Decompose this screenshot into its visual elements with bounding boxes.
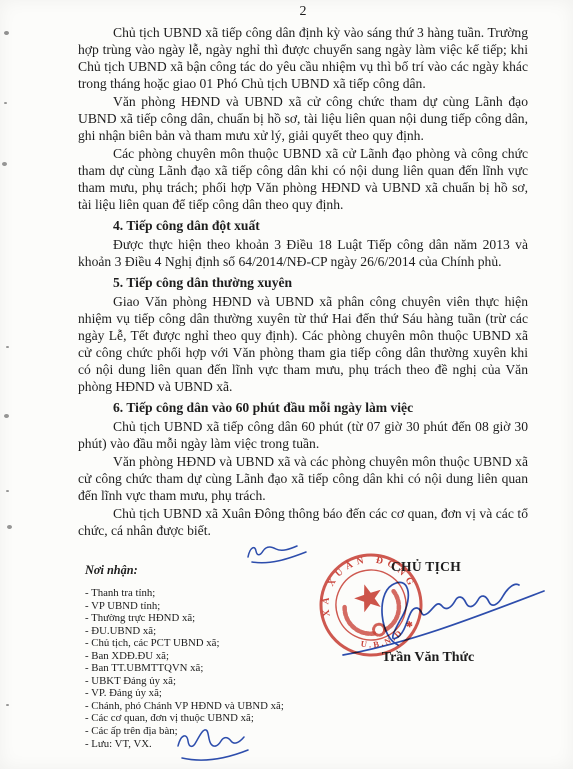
paragraph-reception-schedule: Chủ tịch UBND xã tiếp công dân định kỳ v… [78,24,528,92]
recipient-item: - Chánh, phó Chánh VP HĐND và UBND xã; [85,700,345,713]
scanned-document-page: 2 Chủ tịch UBND xã tiếp công dân định kỳ… [0,0,573,769]
recipient-item: - VP UBND tỉnh; [85,600,345,613]
paragraph-regular-reception: Giao Văn phòng HĐND và UBND xã phân công… [78,293,528,395]
paragraph-attendance: Văn phòng HĐND và UBND xã và các phòng c… [78,453,528,504]
paragraph-60-minutes: Chủ tịch UBND xã tiếp công dân 60 phút (… [78,418,528,452]
section-heading-6: 6. Tiếp công dân vào 60 phút đầu mỗi ngà… [78,399,528,416]
recipient-item: - Chủ tịch, các PCT UBND xã; [85,637,345,650]
recipient-item: - Ban XDĐ.ĐU xã; [85,650,345,663]
recipient-item: - VP. Đảng ủy xã; [85,687,345,700]
section-heading-5: 5. Tiếp công dân thường xuyên [78,274,528,291]
paragraph-office-duty: Văn phòng HĐND và UBND xã cử công chức t… [78,93,528,144]
recipient-item: - Thường trực HĐND xã; [85,612,345,625]
paragraph-legal-basis: Được thực hiện theo khoản 3 Điều 18 Luật… [78,236,528,270]
scan-artifacts [4,31,9,35]
document-body: Chủ tịch UBND xã tiếp công dân định kỳ v… [78,23,528,540]
page-number: 2 [78,4,528,20]
handwritten-signature [318,563,550,667]
section-heading-4: 4. Tiếp công dân đột xuất [78,217,528,234]
recipient-item: - ĐU.UBND xã; [85,625,345,638]
handwritten-initial-mark [242,539,314,567]
recipient-item: - Thanh tra tỉnh; [85,587,345,600]
handwritten-note-scribble [168,720,256,764]
paragraph-departments-duty: Các phòng chuyên môn thuộc UBND xã cử Lã… [78,145,528,213]
recipient-item: - UBKT Đảng ủy xã; [85,675,345,688]
paragraph-announcement: Chủ tịch UBND xã Xuân Đông thông báo đến… [78,505,528,539]
recipient-item: - Ban TT.UBMTTQVN xã; [85,662,345,675]
